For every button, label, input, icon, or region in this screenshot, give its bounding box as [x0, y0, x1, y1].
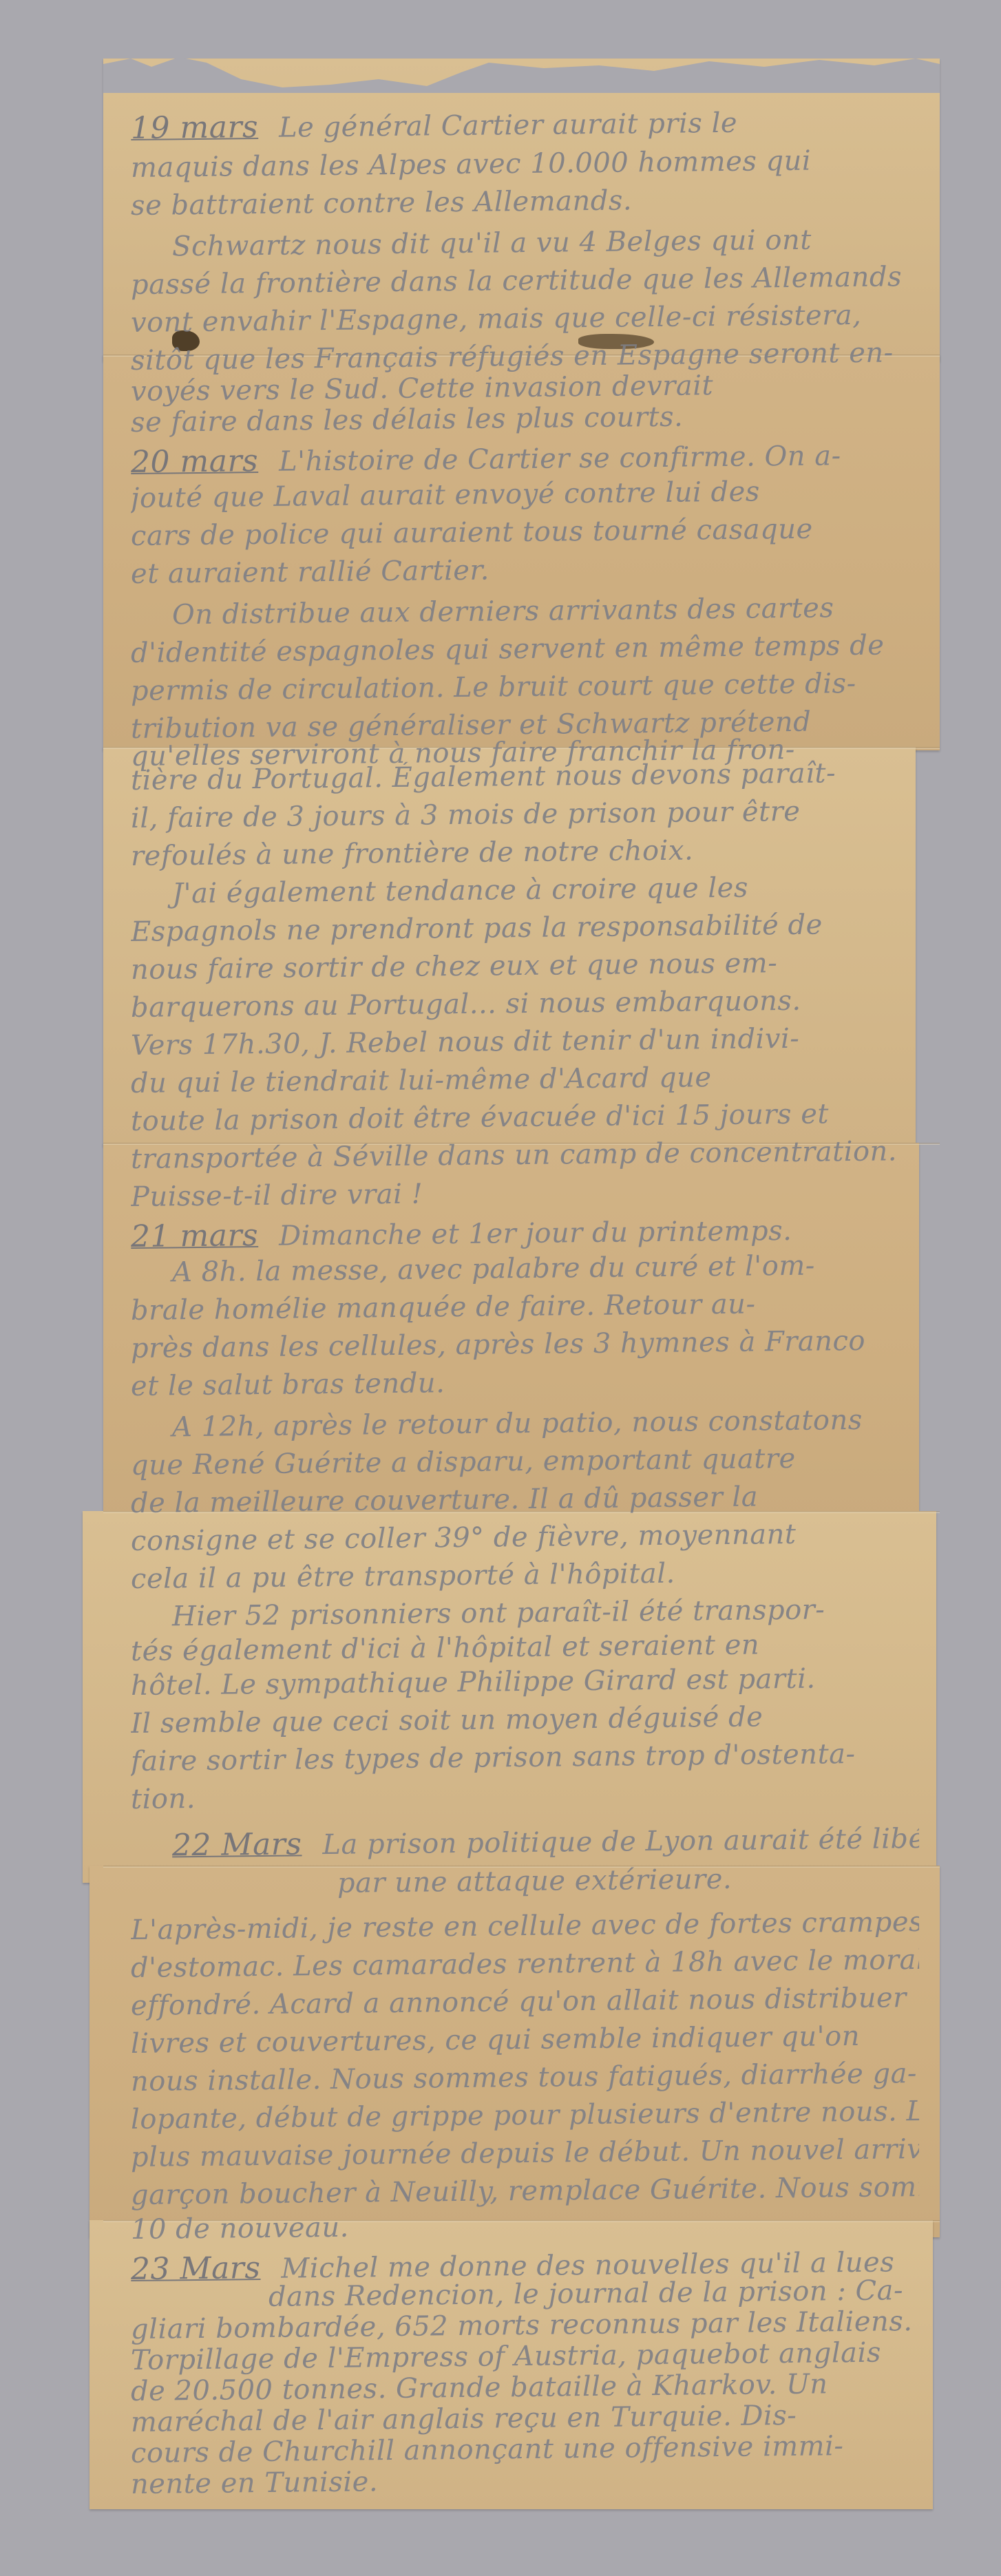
diary-sheet: 19 marsLe général Cartier aurait pris le… — [103, 59, 940, 2509]
torn-edge — [103, 52, 940, 93]
entry-date: 21 mars — [131, 1218, 259, 1254]
entry-date: 19 mars — [131, 109, 259, 146]
entry-date: 22 Mars — [172, 1826, 302, 1863]
entry-date: 20 mars — [131, 443, 259, 480]
